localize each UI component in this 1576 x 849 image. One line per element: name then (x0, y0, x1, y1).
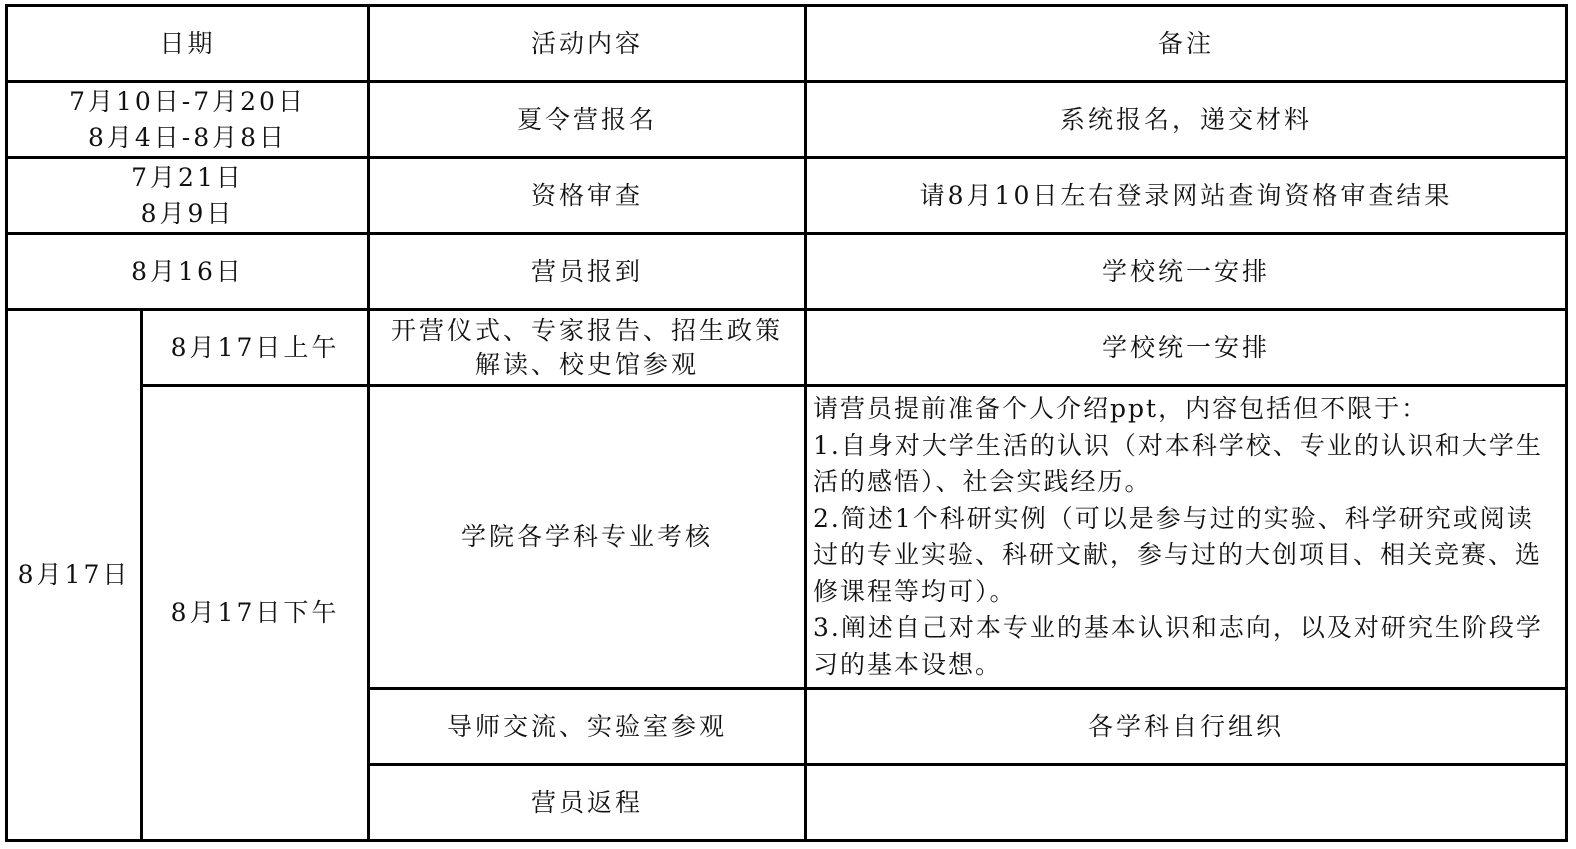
notes-cell: 各学科自行组织 (806, 689, 1567, 765)
date-line: 7月21日 (12, 160, 363, 196)
date-line: 8月9日 (12, 196, 363, 232)
activity-line: 开营仪式、专家报告、招生政策 (374, 314, 800, 348)
table-row: 8月17日下午 学院各学科专业考核 请营员提前准备个人介绍ppt，内容包括但不限… (7, 386, 1567, 689)
notes-cell-empty (806, 765, 1567, 841)
activity-cell: 营员返程 (369, 765, 806, 841)
notes-cell: 系统报名，递交材料 (806, 82, 1567, 158)
date-line: 8月16日 (12, 254, 363, 290)
schedule-document: 日期 活动内容 备注 7月10日-7月20日 8月4日-8月8日 夏令营报名 系… (5, 4, 1568, 842)
activity-cell: 营员报到 (369, 234, 806, 310)
date-line: 7月10日-7月20日 (12, 84, 363, 120)
table-row: 7月21日 8月9日 资格审查 请8月10日左右登录网站查询资格审查结果 (7, 158, 1567, 234)
date-cell: 7月21日 8月9日 (7, 158, 369, 234)
header-notes: 备注 (806, 6, 1567, 82)
notes-cell: 请8月10日左右登录网站查询资格审查结果 (806, 158, 1567, 234)
activity-cell: 夏令营报名 (369, 82, 806, 158)
notes-item-2: 2.简述1个科研实例（可以是参与过的实验、科学研究或阅读过的专业实验、科研文献，… (813, 501, 1559, 611)
activity-cell: 资格审查 (369, 158, 806, 234)
date-cell: 8月16日 (7, 234, 369, 310)
activity-cell: 学院各学科专业考核 (369, 386, 806, 689)
notes-cell: 学校统一安排 (806, 310, 1567, 386)
notes-item-1: 1.自身对大学生活的认识（对本科学校、专业的认识和大学生活的感悟）、社会实践经历… (813, 428, 1559, 501)
notes-intro: 请营员提前准备个人介绍ppt，内容包括但不限于： (813, 391, 1559, 428)
date-cell: 7月10日-7月20日 8月4日-8月8日 (7, 82, 369, 158)
activity-cell: 导师交流、实验室参观 (369, 689, 806, 765)
header-activity: 活动内容 (369, 6, 806, 82)
notes-item-3: 3.阐述自己对本专业的基本认识和志向，以及对研究生阶段学习的基本设想。 (813, 610, 1559, 683)
table-header-row: 日期 活动内容 备注 (7, 6, 1567, 82)
notes-cell-requirements: 请营员提前准备个人介绍ppt，内容包括但不限于： 1.自身对大学生活的认识（对本… (806, 386, 1567, 689)
activity-cell: 开营仪式、专家报告、招生政策 解读、校史馆参观 (369, 310, 806, 386)
date-line: 8月4日-8月8日 (12, 120, 363, 156)
header-date: 日期 (7, 6, 369, 82)
table-row: 7月10日-7月20日 8月4日-8月8日 夏令营报名 系统报名，递交材料 (7, 82, 1567, 158)
activity-line: 解读、校史馆参观 (374, 348, 800, 382)
time-cell-morning: 8月17日上午 (142, 310, 369, 386)
table-row: 8月17日 8月17日上午 开营仪式、专家报告、招生政策 解读、校史馆参观 学校… (7, 310, 1567, 386)
day-group-date-cell: 8月17日 (7, 310, 142, 841)
notes-cell: 学校统一安排 (806, 234, 1567, 310)
camp-schedule-table: 日期 活动内容 备注 7月10日-7月20日 8月4日-8月8日 夏令营报名 系… (5, 4, 1568, 842)
time-cell-afternoon: 8月17日下午 (142, 386, 369, 841)
table-row: 8月16日 营员报到 学校统一安排 (7, 234, 1567, 310)
